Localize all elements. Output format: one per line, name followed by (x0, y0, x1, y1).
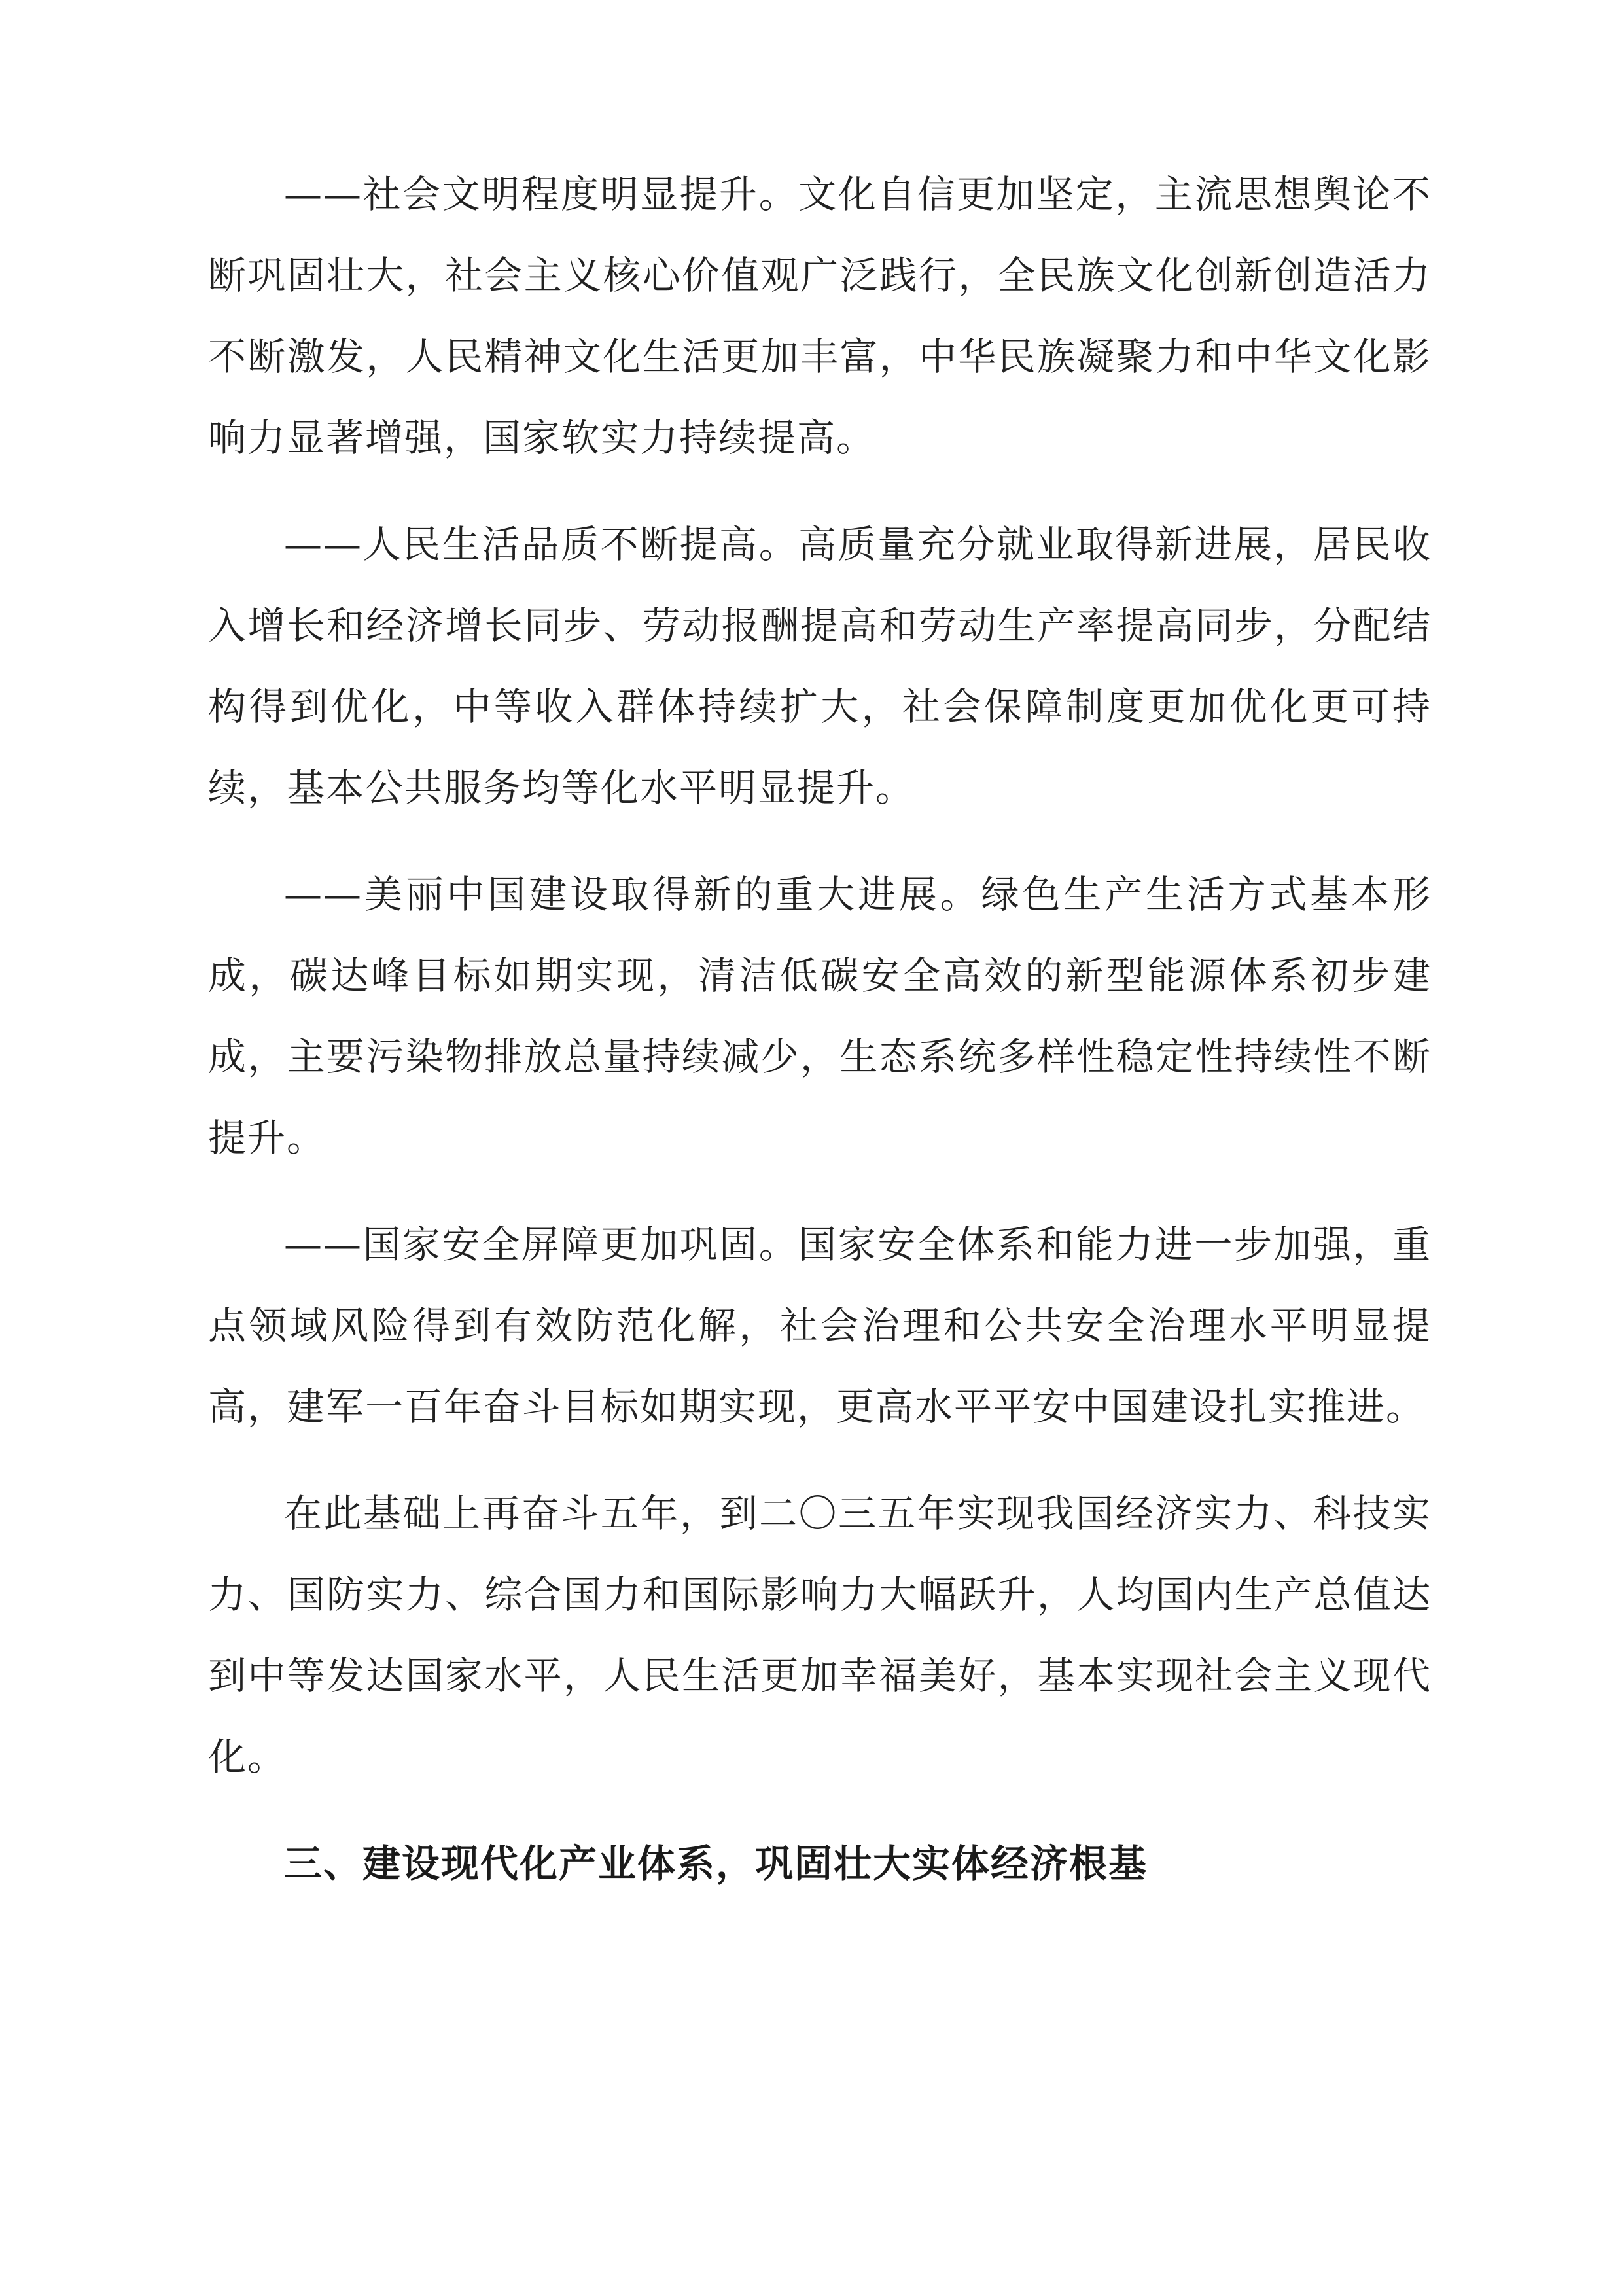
paragraph-2035-goals: 在此基础上再奋斗五年，到二〇三五年实现我国经济实力、科技实力、国防实力、综合国力… (208, 1473, 1432, 1797)
paragraph-beautiful-china: ——美丽中国建设取得新的重大进展。绿色生产生活方式基本形成，碳达峰目标如期实现，… (208, 854, 1432, 1178)
paragraph-social-civility: ——社会文明程度明显提升。文化自信更加坚定，主流思想舆论不断巩固壮大，社会主义核… (208, 154, 1432, 478)
paragraph-living-quality: ——人民生活品质不断提高。高质量充分就业取得新进展，居民收入增长和经济增长同步、… (208, 504, 1432, 828)
document-page: ——社会文明程度明显提升。文化自信更加坚定，主流思想舆论不断巩固壮大，社会主义核… (0, 0, 1622, 2296)
section-heading: 三、建设现代化产业体系，巩固壮大实体经济根基 (208, 1823, 1432, 1904)
document-body: ——社会文明程度明显提升。文化自信更加坚定，主流思想舆论不断巩固壮大，社会主义核… (208, 154, 1432, 1904)
paragraph-national-security: ——国家安全屏障更加巩固。国家安全体系和能力进一步加强，重点领域风险得到有效防范… (208, 1204, 1432, 1447)
